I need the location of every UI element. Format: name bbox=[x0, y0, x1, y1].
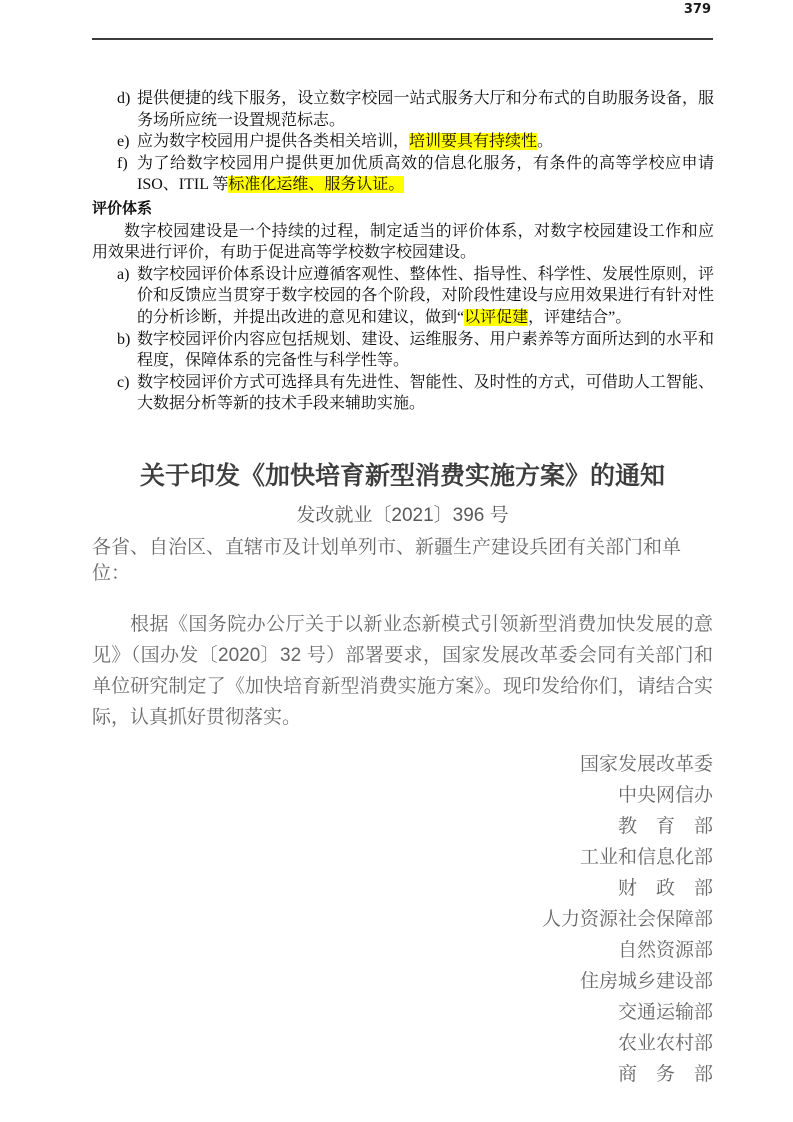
signatory-line: 中央网信办 bbox=[92, 780, 713, 811]
list-item-text: 应为数字校园用户提供各类相关培训， bbox=[137, 133, 409, 150]
list-item-f: f)为了给数字校园用户提供更加优质高效的信息化服务，有条件的高等学校应申请 IS… bbox=[92, 153, 714, 196]
signatory-line: 自然资源部 bbox=[92, 935, 713, 966]
list-item-d: d)提供便捷的线下服务，设立数字校园一站式服务大厅和分布式的自助服务设备，服务场… bbox=[92, 88, 714, 131]
section-intro-paragraph: 数字校园建设是一个持续的过程，制定适当的评价体系，对数字校园建设工作和应用效果进… bbox=[92, 221, 714, 264]
notice-salutation: 各省、自治区、直辖市及计划单列市、新疆生产建设兵团有关部门和单位： bbox=[92, 535, 713, 587]
list-item-text: ，评建结合”。 bbox=[528, 309, 631, 326]
highlighted-text: 培训要具有持续性 bbox=[409, 133, 537, 150]
document-page: { "page_number": "379", "standards_secti… bbox=[0, 0, 793, 1122]
page-number: 379 bbox=[684, 2, 711, 17]
highlighted-text: 以评促建 bbox=[464, 309, 528, 326]
signatory-line: 教 育 部 bbox=[92, 811, 713, 842]
notice-body-paragraph: 根据《国务院办公厅关于以新业态新模式引领新型消费加快发展的意见》（国办发〔202… bbox=[92, 609, 713, 733]
list-item-e: e)应为数字校园用户提供各类相关培训，培训要具有持续性。 bbox=[92, 131, 714, 153]
signatory-line: 商 务 部 bbox=[92, 1059, 713, 1090]
list-marker: e) bbox=[117, 131, 129, 153]
list-item-text: 为了给数字校园用户提供更加优质高效的信息化服务，有条件的高等学校应申请 ISO、… bbox=[137, 155, 714, 194]
section-heading: 评价体系 bbox=[92, 199, 714, 221]
list-marker: f) bbox=[117, 153, 128, 175]
header-divider bbox=[92, 38, 713, 40]
signatory-list: 国家发展改革委 中央网信办 教 育 部 工业和信息化部 财 政 部 人力资源社会… bbox=[92, 749, 713, 1090]
signatory-line: 财 政 部 bbox=[92, 873, 713, 904]
list-marker: a) bbox=[117, 264, 129, 286]
list-marker: d) bbox=[117, 88, 130, 110]
list-marker: c) bbox=[117, 372, 129, 394]
notice-document-number: 发改就业〔2021〕396 号 bbox=[92, 504, 713, 528]
list-marker: b) bbox=[117, 329, 130, 351]
signatory-line: 交通运输部 bbox=[92, 997, 713, 1028]
standards-section: d)提供便捷的线下服务，设立数字校园一站式服务大厅和分布式的自助服务设备，服务场… bbox=[92, 88, 714, 415]
signatory-line: 人力资源社会保障部 bbox=[92, 904, 713, 935]
list-item-text: 数字校园评价方式可选择具有先进性、智能性、及时性的方式，可借助人工智能、大数据分… bbox=[137, 374, 714, 413]
notice-section: 关于印发《加快培育新型消费实施方案》的通知 发改就业〔2021〕396 号 各省… bbox=[92, 458, 713, 1090]
signatory-line: 住房城乡建设部 bbox=[92, 966, 713, 997]
list-item-c: c)数字校园评价方式可选择具有先进性、智能性、及时性的方式，可借助人工智能、大数… bbox=[92, 372, 714, 415]
list-item-text: 数字校园评价内容应包括规划、建设、运维服务、用户素养等方面所达到的水平和程度，保… bbox=[137, 331, 714, 370]
signatory-line: 国家发展改革委 bbox=[92, 749, 713, 780]
highlighted-text: 标准化运维、服务认证。 bbox=[228, 176, 404, 193]
list-item-text: 。 bbox=[537, 133, 553, 150]
list-item-b: b)数字校园评价内容应包括规划、建设、运维服务、用户素养等方面所达到的水平和程度… bbox=[92, 329, 714, 372]
list-item-text: 提供便捷的线下服务，设立数字校园一站式服务大厅和分布式的自助服务设备，服务场所应… bbox=[137, 90, 714, 129]
signatory-line: 工业和信息化部 bbox=[92, 842, 713, 873]
signatory-line: 农业农村部 bbox=[92, 1028, 713, 1059]
notice-title: 关于印发《加快培育新型消费实施方案》的通知 bbox=[92, 458, 713, 494]
list-item-a: a)数字校园评价体系设计应遵循客观性、整体性、指导性、科学性、发展性原则，评价和… bbox=[92, 264, 714, 329]
